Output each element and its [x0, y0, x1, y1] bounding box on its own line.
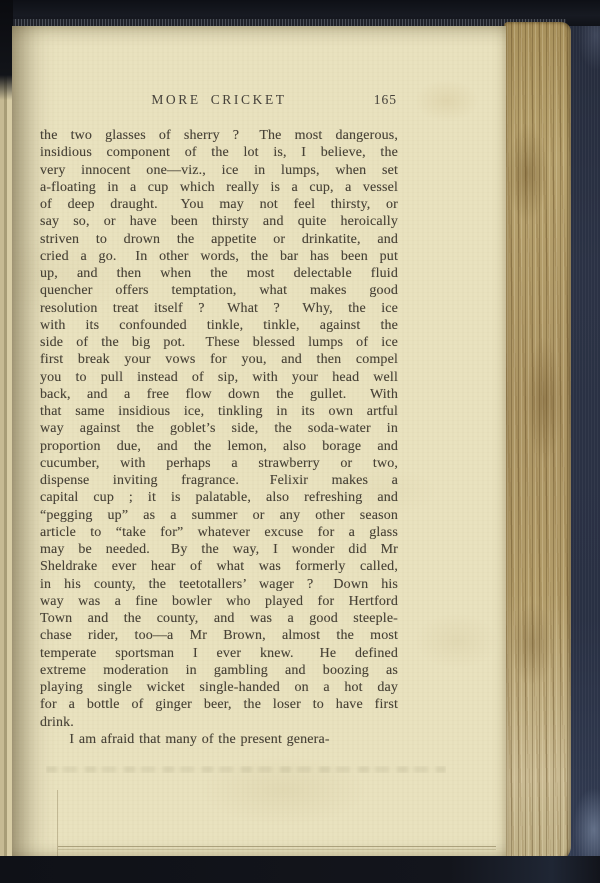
text-line: with its confounded tinkle, tinkle, agai…	[40, 317, 398, 334]
text-line: temperate sportsman I ever knew. He defi…	[40, 645, 398, 662]
text-line: very innocent one—viz., ice in lumps, wh…	[40, 162, 398, 179]
text-line: Sheldrake ever hear of what was formerly…	[40, 558, 398, 575]
text-line: way against the goblet’s side, the soda-…	[40, 420, 398, 437]
underlying-page-corner-line	[57, 790, 58, 857]
text-line: you to pull instead of sip, with your he…	[40, 369, 398, 386]
text-line: insidious component of the lot is, I bel…	[40, 144, 398, 161]
text-line: striven to drown the appetite or drinkat…	[40, 231, 398, 248]
text-line: capital cup ; it is palatable, also refr…	[40, 489, 398, 506]
text-line: the two glasses of sherry ? The most dan…	[40, 127, 398, 144]
text-line: Town and the county, and was a good stee…	[40, 610, 398, 627]
book-cover-bottom-edge	[0, 856, 600, 883]
text-line: first break your vows for you, and then …	[40, 351, 398, 368]
text-line: say so, or have been thirsty and quite h…	[40, 213, 398, 230]
book-page: MORE CRICKET 165 the two glasses of sher…	[12, 26, 506, 857]
underlying-page-edge-line	[58, 846, 496, 847]
text-line: back, and a free flow down the gullet. W…	[40, 386, 398, 403]
text-line: extreme moderation in gambling and boozi…	[40, 662, 398, 679]
text-line: article to “take for” whatever excuse fo…	[40, 524, 398, 541]
text-line: resolution treat itself ? What ? Why, th…	[40, 300, 398, 317]
underlying-page-edge-line-faint	[58, 849, 496, 850]
text-line: playing single wicket single-handed on a…	[40, 679, 398, 696]
text-line: side of the big pot. These blessed lumps…	[40, 334, 398, 351]
text-line: quencher offers temptation, what makes g…	[40, 282, 398, 299]
text-line: dispense inviting fragrance. Felixir mak…	[40, 472, 398, 489]
text-line: may be needed. By the way, I wonder did …	[40, 541, 398, 558]
page-header-title: MORE CRICKET	[40, 92, 398, 108]
text-line: way was a fine bowler who played for Her…	[40, 593, 398, 610]
text-line: proportion due, and the lemon, also bora…	[40, 438, 398, 455]
text-line: up, and then when the most delectable fl…	[40, 265, 398, 282]
text-line: drink.	[40, 714, 398, 731]
book-fore-edge	[504, 22, 571, 862]
text-line: I am afraid that many of the present gen…	[40, 731, 398, 748]
text-line: of deep draught. You may not feel thirst…	[40, 196, 398, 213]
text-line: chase rider, too—a Mr Brown, almost the …	[40, 627, 398, 644]
verso-showthrough	[46, 766, 446, 808]
text-line: a-floating in a cup which really is a cu…	[40, 179, 398, 196]
book-scan: MORE CRICKET 165 the two glasses of sher…	[0, 0, 600, 883]
running-head: MORE CRICKET 165	[40, 92, 398, 110]
text-line: cucumber, with perhaps a strawberry or t…	[40, 455, 398, 472]
text-line: in his county, the teetotallers’ wager ?…	[40, 576, 398, 593]
page-text: the two glasses of sherry ? The most dan…	[40, 127, 398, 748]
text-line: cried a go. In other words, the bar has …	[40, 248, 398, 265]
page-number: 165	[374, 92, 397, 108]
text-line: for a bottle of ginger beer, the loser t…	[40, 696, 398, 713]
text-line: “pegging up” as a summer or any other se…	[40, 507, 398, 524]
text-line: that same insidious ice, tinkling in its…	[40, 403, 398, 420]
